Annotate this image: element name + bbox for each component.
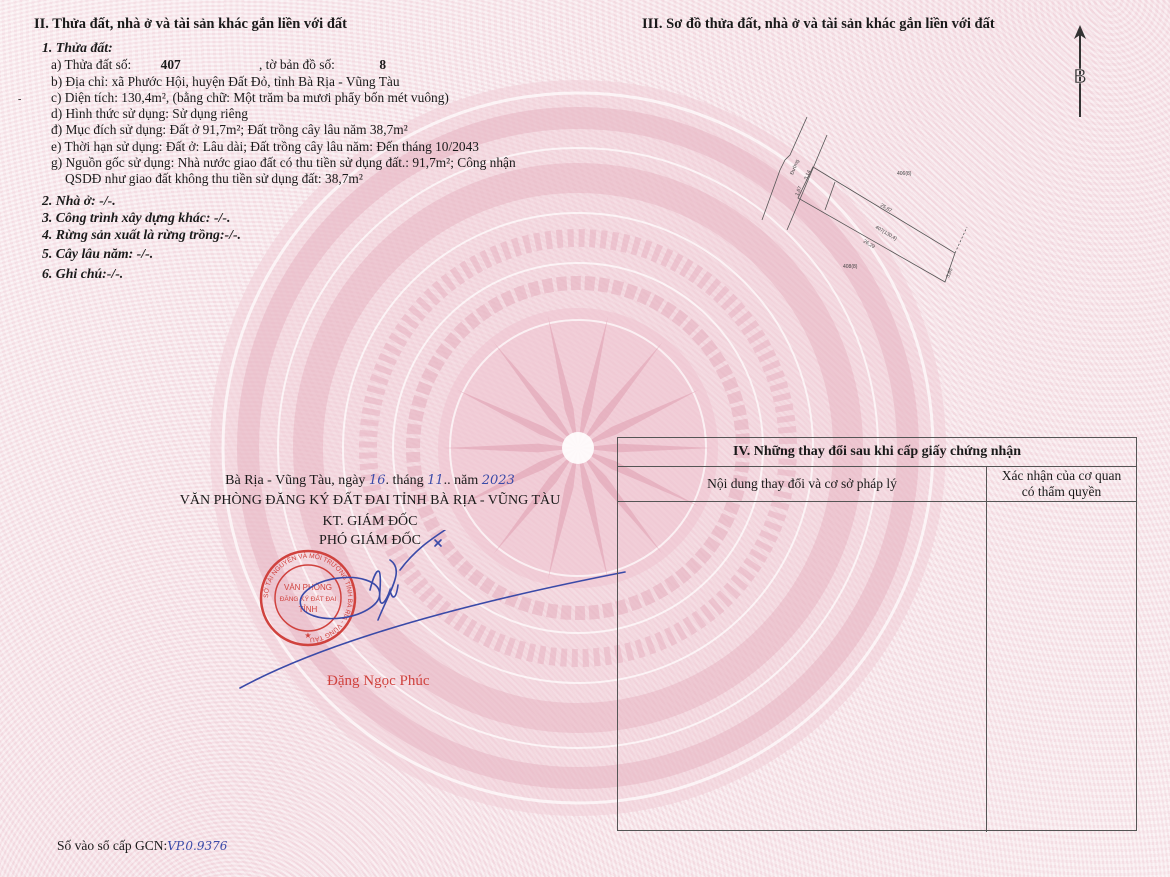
month-label: tháng: [392, 473, 423, 488]
change-content-cell: [618, 502, 987, 832]
map-sheet-value: 8: [367, 57, 386, 72]
gcn-register-value: VP.0.9376: [167, 839, 227, 853]
planted-forest-item: 4. Rừng sản xuất là rừng trồng:-/-.: [42, 227, 241, 243]
note-item: 6. Ghi chú:-/-.: [42, 266, 123, 282]
changes-table-body: [618, 502, 1136, 832]
svg-text:3,65: 3,65: [945, 267, 954, 278]
usage-purpose: đ) Mục đích sử dụng: Đất ở 91,7m²; Đất t…: [51, 122, 408, 137]
date-day: 16: [369, 473, 386, 488]
signer-name: Đặng Ngọc Phúc: [327, 673, 429, 690]
section-iii-title: III. Sơ đồ thửa đất, nhà ở và tài sản kh…: [642, 16, 995, 33]
changes-table-header: Nội dung thay đổi và cơ sở pháp lý Xác n…: [618, 467, 1136, 502]
signer-title-1: KT. GIÁM ĐỐC: [160, 514, 580, 530]
section-ii-title: II. Thửa đất, nhà ở và tài sản khác gắn …: [34, 16, 347, 33]
changes-table-title: IV. Những thay đổi sau khi cấp giấy chứn…: [618, 438, 1136, 467]
gcn-register-label: Số vào sổ cấp GCN:: [57, 838, 167, 853]
place-date: Bà Rịa - Vũng Tàu, ngày 16. tháng 11.. n…: [160, 473, 580, 489]
handwritten-signature: [230, 530, 630, 700]
svg-text:407(130,4): 407(130,4): [874, 225, 898, 243]
gcn-register: Số vào sổ cấp GCN:VP.0.9376: [57, 838, 227, 854]
north-arrow-icon: B: [1068, 25, 1092, 117]
perennial-tree-item: 5. Cây lâu năm: -/-.: [42, 246, 153, 262]
map-sheet-label: , tờ bản đồ số:: [259, 57, 364, 72]
svg-text:Đường: Đường: [789, 159, 801, 176]
usage-term: e) Thời hạn sử dụng: Đất ở: Lâu dài; Đất…: [51, 139, 479, 154]
parcel-heading: 1. Thửa đất:: [42, 40, 113, 56]
svg-text:B: B: [1073, 66, 1086, 88]
house-item: 2. Nhà ở: -/-.: [42, 193, 116, 209]
column-authority-line1: Xác nhận của cơ quan: [1002, 468, 1122, 484]
address: b) Địa chỉ: xã Phước Hội, huyện Đất Đỏ, …: [51, 74, 400, 89]
svg-text:1,67: 1,67: [794, 185, 803, 196]
parcel-diagram: Đường 3,14 1,67 406(8) 25,87 407(130,4) …: [735, 100, 985, 290]
svg-text:406(8): 406(8): [897, 171, 912, 177]
svg-text:26,29: 26,29: [862, 239, 876, 251]
issuing-office: VĂN PHÒNG ĐĂNG KÝ ĐẤT ĐAI TỈNH BÀ RỊA - …: [160, 493, 580, 509]
svg-text:25,87: 25,87: [879, 203, 893, 215]
parcel-number-row: a) Thửa đất số: 407 , tờ bản đồ số: 8: [51, 57, 386, 72]
column-authority-line2: có thẩm quyền: [1022, 484, 1101, 500]
usage-origin: g) Nguồn gốc sử dụng: Nhà nước giao đất …: [51, 155, 516, 170]
column-authority-confirmation: Xác nhận của cơ quan có thẩm quyền: [987, 467, 1136, 501]
parcel-number-value: 407: [135, 57, 256, 72]
year-label: năm: [454, 473, 478, 488]
usage-origin-cont: QSDĐ như giao đất không thu tiền sử dụng…: [65, 171, 363, 186]
changes-table: IV. Những thay đổi sau khi cấp giấy chứn…: [617, 437, 1137, 831]
parcel-number-label: a) Thửa đất số:: [51, 57, 131, 72]
margin-mark: -: [18, 92, 21, 107]
usage-form: d) Hình thức sử dụng: Sử dụng riêng: [51, 106, 248, 121]
column-change-content: Nội dung thay đổi và cơ sở pháp lý: [618, 467, 987, 501]
authority-confirmation-cell: [987, 502, 1136, 832]
other-construction-item: 3. Công trình xây dựng khác: -/-.: [42, 210, 230, 226]
svg-text:408(8): 408(8): [843, 264, 858, 270]
place-date-prefix: Bà Rịa - Vũng Tàu, ngày: [225, 473, 365, 488]
date-month: 11: [427, 473, 444, 488]
date-year: 2023: [482, 473, 515, 488]
area: c) Diện tích: 130,4m², (bằng chữ: Một tr…: [51, 90, 449, 105]
